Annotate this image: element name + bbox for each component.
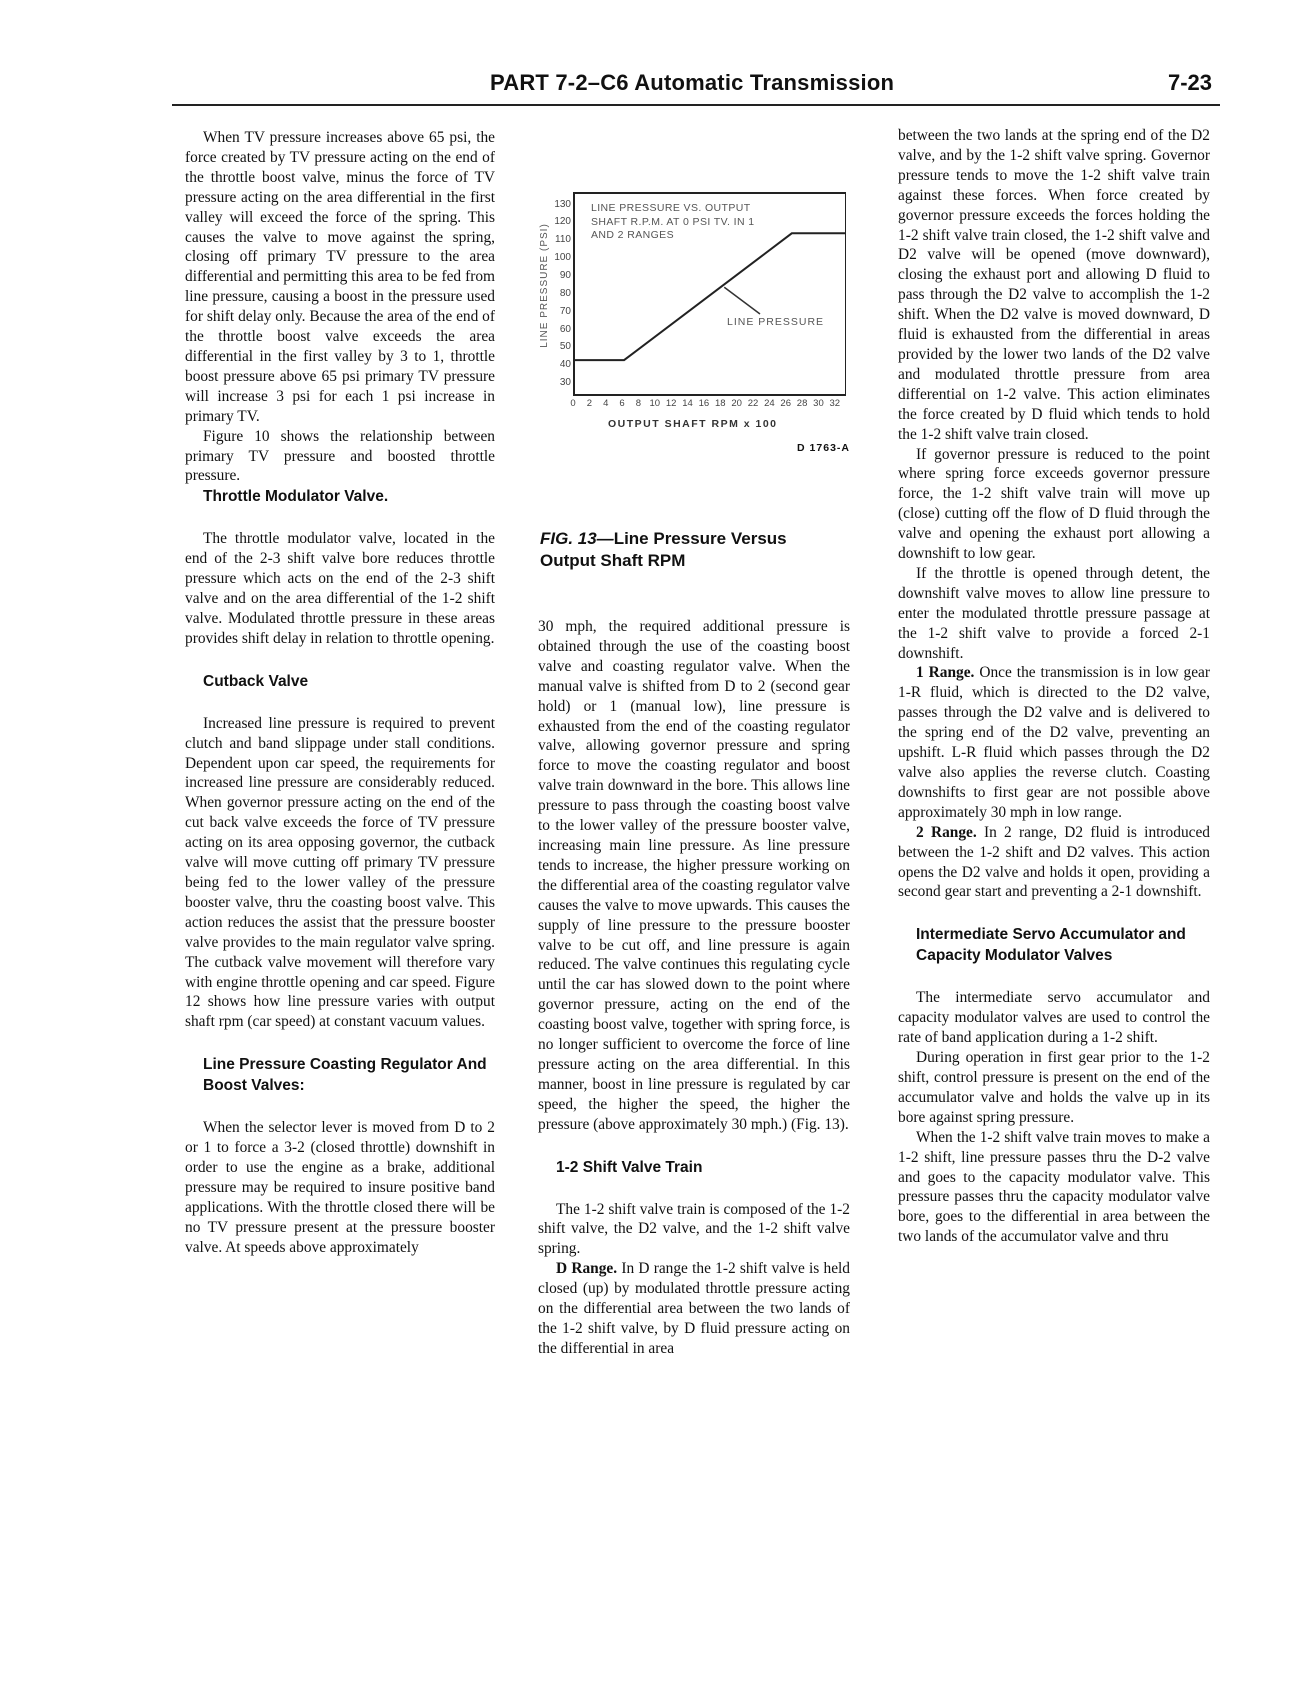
paragraph: When TV pressure increases above 65 psi,… [185, 128, 495, 427]
paragraph: D Range. In D range the 1-2 shift valve … [538, 1259, 850, 1359]
y-tick-label: 130 [553, 199, 571, 210]
x-tick-label: 26 [779, 398, 793, 409]
x-tick-label: 8 [631, 398, 645, 409]
column-2: 30 mph, the required additional pressure… [538, 617, 850, 1359]
paragraph: If the throttle is opened through detent… [898, 564, 1210, 664]
x-tick-label: 22 [746, 398, 760, 409]
figure-13-chart: LINE PRESSURE (PSI) 30405060708090100110… [530, 180, 860, 450]
paragraph: When the selector lever is moved from D … [185, 1118, 495, 1257]
x-tick-label: 10 [648, 398, 662, 409]
column-1: When TV pressure increases above 65 psi,… [185, 128, 495, 1258]
run-in-heading: 1 Range. [916, 664, 974, 681]
run-in-heading: 2 Range. [916, 824, 977, 841]
heading-throttle-modulator-valve: Throttle Modulator Valve. [185, 486, 495, 507]
page-number: 7-23 [1168, 70, 1212, 96]
paragraph: 1 Range. Once the transmission is in low… [898, 663, 1210, 822]
paragraph: Figure 10 shows the relationship between… [185, 427, 495, 487]
paragraph: Increased line pressure is required to p… [185, 714, 495, 1033]
run-in-heading: D Range. [556, 1260, 617, 1277]
figure-code: D 1763-A [797, 442, 850, 454]
y-tick-label: 120 [553, 216, 571, 227]
paragraph: between the two lands at the spring end … [898, 126, 1210, 445]
y-tick-label: 80 [553, 288, 571, 299]
paragraph: The throttle modulator valve, located in… [185, 529, 495, 648]
x-axis-label: OUTPUT SHAFT RPM x 100 [608, 418, 778, 430]
x-tick-label: 18 [713, 398, 727, 409]
heading-intermediate-servo: Intermediate Servo Accumulator and Capac… [898, 924, 1210, 966]
x-tick-label: 6 [615, 398, 629, 409]
heading-coasting-regulator: Line Pressure Coasting Regulator And Boo… [185, 1054, 495, 1096]
x-tick-label: 4 [599, 398, 613, 409]
paragraph: When the 1-2 shift valve train moves to … [898, 1128, 1210, 1247]
y-tick-label: 100 [553, 252, 571, 263]
y-tick-label: 30 [553, 377, 571, 388]
x-tick-label: 32 [828, 398, 842, 409]
x-tick-label: 20 [730, 398, 744, 409]
y-tick-label: 90 [553, 270, 571, 281]
line-series [575, 194, 845, 394]
figure-caption: FIG. 13—Line Pressure Versus Output Shaf… [540, 528, 840, 572]
x-tick-label: 24 [762, 398, 776, 409]
paragraph: During operation in first gear prior to … [898, 1048, 1210, 1128]
section-title: PART 7-2–C6 Automatic Transmission [490, 70, 894, 96]
paragraph: 30 mph, the required additional pressure… [538, 617, 850, 1135]
x-tick-label: 0 [566, 398, 580, 409]
x-tick-label: 28 [795, 398, 809, 409]
paragraph: The intermediate servo accumulator and c… [898, 988, 1210, 1048]
series-label: LINE PRESSURE [727, 316, 824, 328]
y-tick-label: 60 [553, 324, 571, 335]
x-tick-label: 14 [681, 398, 695, 409]
plot-area: LINE PRESSURE VS. OUTPUT SHAFT R.P.M. AT… [573, 192, 846, 396]
x-tick-label: 12 [664, 398, 678, 409]
y-tick-label: 50 [553, 341, 571, 352]
heading-1-2-shift-valve-train: 1-2 Shift Valve Train [538, 1157, 850, 1178]
y-tick-label: 110 [553, 234, 571, 245]
column-3: between the two lands at the spring end … [898, 126, 1210, 1247]
paragraph: If governor pressure is reduced to the p… [898, 445, 1210, 564]
paragraph: The 1-2 shift valve train is composed of… [538, 1200, 850, 1260]
y-tick-label: 70 [553, 306, 571, 317]
heading-cutback-valve: Cutback Valve [185, 671, 495, 692]
y-tick-label: 40 [553, 359, 571, 370]
x-tick-label: 16 [697, 398, 711, 409]
x-tick-label: 2 [582, 398, 596, 409]
figure-number: FIG. 13— [540, 529, 614, 548]
y-axis-label: LINE PRESSURE (PSI) [539, 223, 550, 348]
page-header: PART 7-2–C6 Automatic Transmission 7-23 [172, 66, 1220, 106]
x-tick-label: 30 [811, 398, 825, 409]
paragraph: 2 Range. In 2 range, D2 fluid is introdu… [898, 823, 1210, 903]
